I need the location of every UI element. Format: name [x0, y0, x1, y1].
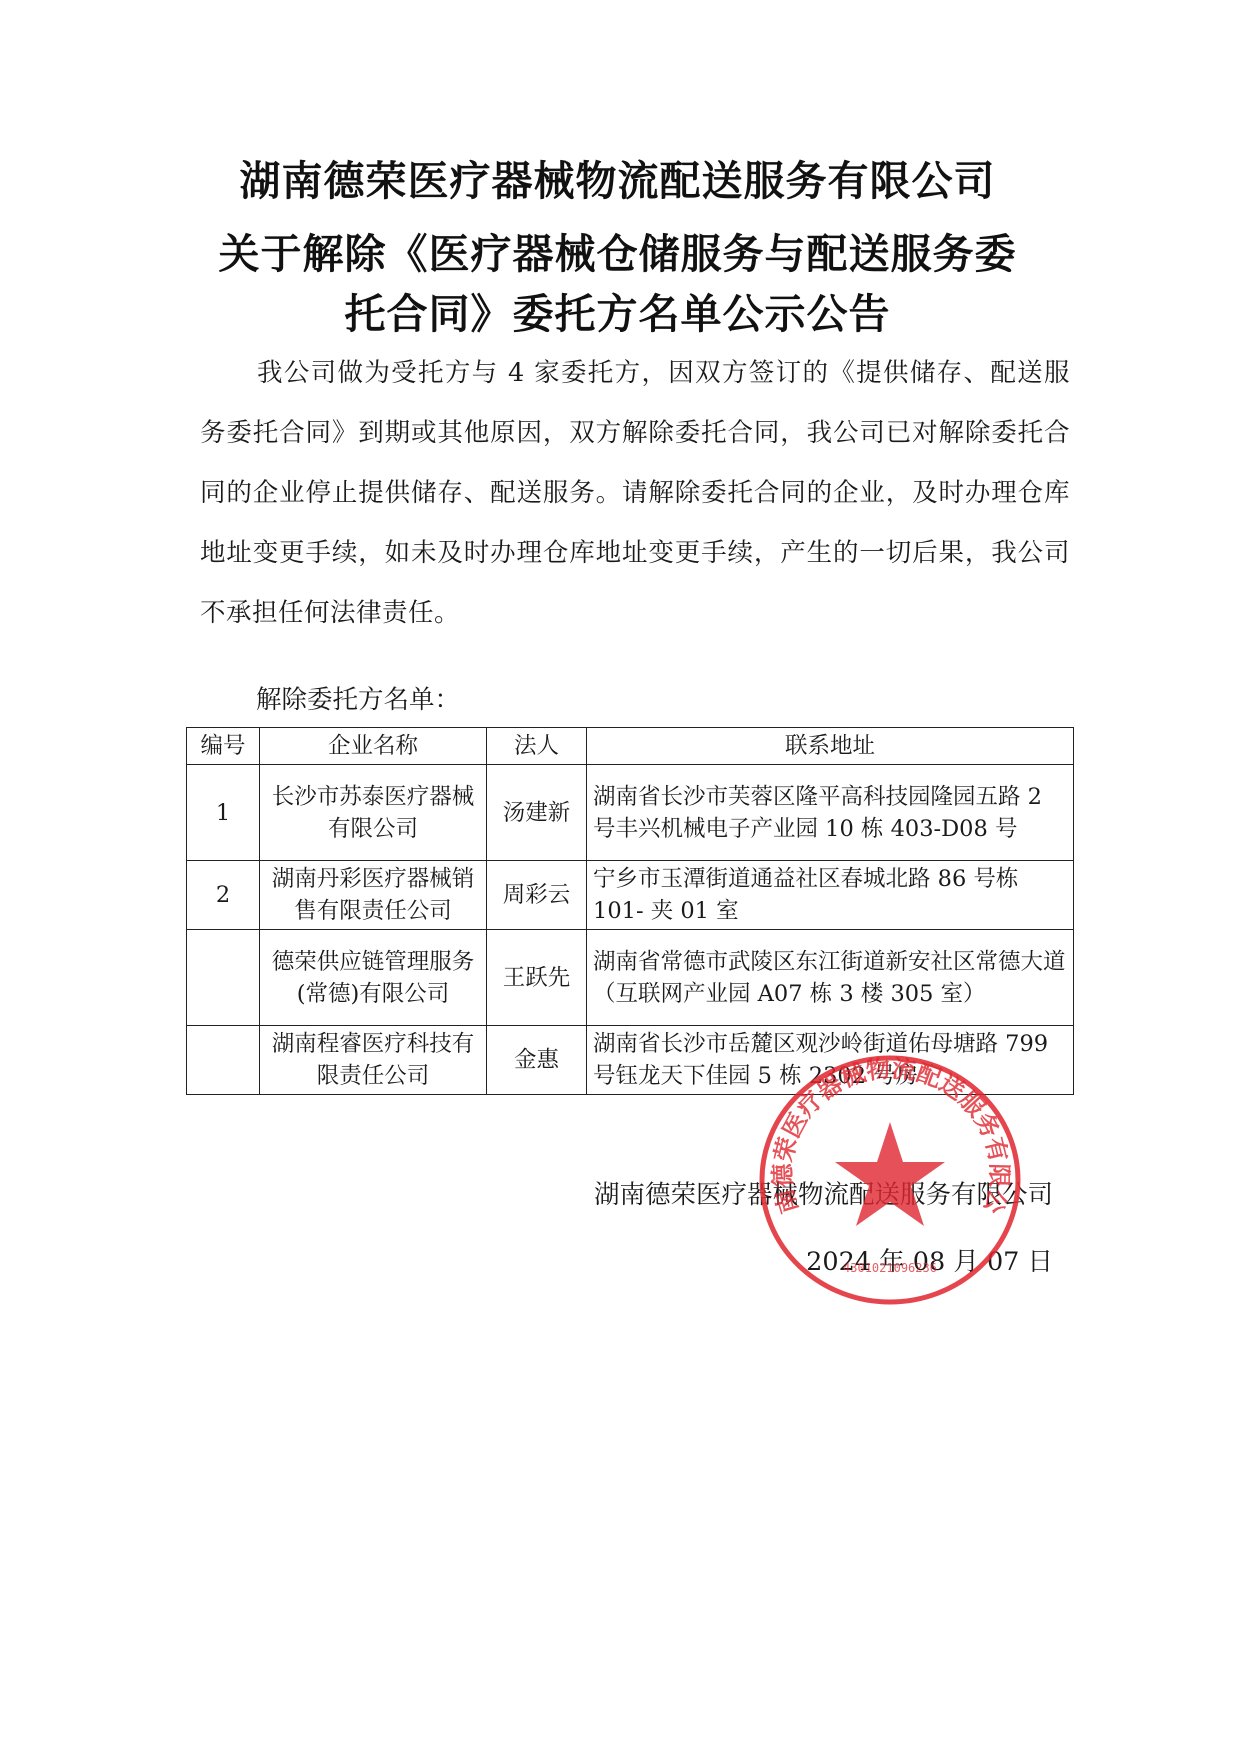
table-row: 德荣供应链管理服务(常德)有限公司 王跃先 湖南省常德市武陵区东江街道新安社区常… [187, 930, 1074, 1026]
table-header-row: 编号 企业名称 法人 联系地址 [187, 728, 1074, 765]
cell-address: 宁乡市玉潭街道通益社区春城北路 86 号栋 101- 夹 01 室 [587, 861, 1074, 930]
body-paragraph: 我公司做为受托方与 4 家委托方，因双方签订的《提供储存、配送服务委托合同》到期… [200, 343, 1070, 643]
header-company: 企业名称 [260, 728, 487, 765]
cell-legal-person: 周彩云 [487, 861, 587, 930]
terminated-clients-table: 编号 企业名称 法人 联系地址 1 长沙市苏泰医疗器械有限公司 汤建新 湖南省长… [186, 727, 1074, 1095]
header-address: 联系地址 [587, 728, 1074, 765]
cell-address: 湖南省常德市武陵区东江街道新安社区常德大道（互联网产业园 A07 栋 3 楼 3… [587, 930, 1074, 1026]
cell-no: 2 [187, 861, 260, 930]
list-label: 解除委托方名单： [256, 680, 460, 716]
cell-no [187, 1026, 260, 1095]
title-line-3: 托合同》委托方名单公示公告 [0, 281, 1235, 340]
title-line-1: 湖南德荣医疗器械物流配送服务有限公司 [0, 148, 1235, 207]
table-row: 1 长沙市苏泰医疗器械有限公司 汤建新 湖南省长沙市芙蓉区隆平高科技园隆园五路 … [187, 765, 1074, 861]
cell-company: 湖南丹彩医疗器械销售有限责任公司 [260, 861, 487, 930]
table-row: 湖南程睿医疗科技有限责任公司 金惠 湖南省长沙市岳麓区观沙岭街道佑母塘路 799… [187, 1026, 1074, 1095]
cell-address: 湖南省长沙市芙蓉区隆平高科技园隆园五路 2 号丰兴机械电子产业园 10 栋 40… [587, 765, 1074, 861]
signature-date: 2024 年 08 月 07 日 [806, 1242, 1053, 1278]
cell-company: 湖南程睿医疗科技有限责任公司 [260, 1026, 487, 1095]
cell-legal-person: 金惠 [487, 1026, 587, 1095]
cell-address: 湖南省长沙市岳麓区观沙岭街道佑母塘路 799 号钰龙天下佳园 5 栋 2302 … [587, 1026, 1074, 1095]
table-row: 2 湖南丹彩医疗器械销售有限责任公司 周彩云 宁乡市玉潭街道通益社区春城北路 8… [187, 861, 1074, 930]
cell-no [187, 930, 260, 1026]
signature-company: 湖南德荣医疗器械物流配送服务有限公司 [594, 1175, 1053, 1211]
cell-legal-person: 王跃先 [487, 930, 587, 1026]
cell-company: 长沙市苏泰医疗器械有限公司 [260, 765, 487, 861]
title-line-2: 关于解除《医疗器械仓储服务与配送服务委 [0, 221, 1235, 280]
cell-legal-person: 汤建新 [487, 765, 587, 861]
header-no: 编号 [187, 728, 260, 765]
cell-no: 1 [187, 765, 260, 861]
cell-company: 德荣供应链管理服务(常德)有限公司 [260, 930, 487, 1026]
header-legal-person: 法人 [487, 728, 587, 765]
